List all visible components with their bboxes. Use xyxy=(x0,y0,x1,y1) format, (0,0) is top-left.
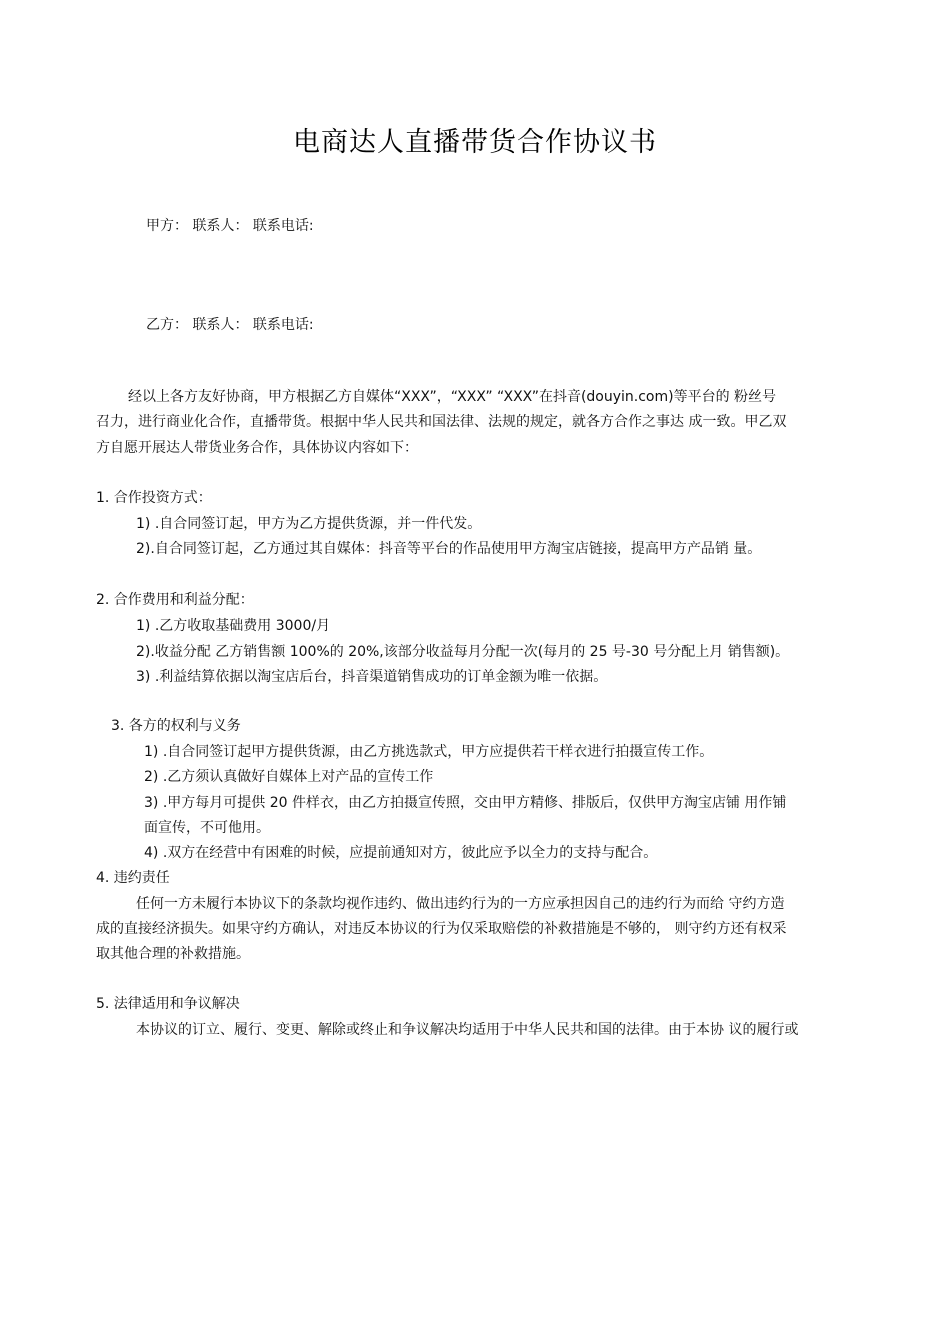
section-item: 1) .乙方收取基础费用 3000/月 xyxy=(136,617,330,635)
section-heading: 2. 合作费用和利益分配： xyxy=(96,591,254,609)
document-page: 电商达人直播带货合作协议书 甲方： 联系人： 联系电话: 乙方： 联系人： 联系… xyxy=(0,0,950,1344)
section-heading: 5. 法律适用和争议解决 xyxy=(96,995,240,1013)
intro-line-1: 经以上各方友好协商，甲方根据乙方自媒体“XXX”，“XXX” “XXX”在抖音(… xyxy=(128,388,776,406)
intro-line-2: 召力，进行商业化合作，直播带货。根据中华人民共和国法律、法规的规定，就各方合作之… xyxy=(96,413,786,431)
section-item: 2) .乙方须认真做好自媒体上对产品的宣传工作 xyxy=(144,768,433,786)
section-paragraph-line: 取其他合理的补救措施。 xyxy=(96,945,250,963)
section-item: 2).自合同签订起，乙方通过其自媒体：抖音等平台的作品使用甲方淘宝店链接，提高甲… xyxy=(136,540,761,558)
section-heading: 3. 各方的权利与义务 xyxy=(111,717,241,735)
intro-line-3: 方自愿开展达人带货业务合作，具体协议内容如下： xyxy=(96,439,418,457)
section-item: 2).收益分配 乙方销售额 100%的 20%,该部分收益每月分配一次(每月的 … xyxy=(136,643,789,661)
document-title: 电商达人直播带货合作协议书 xyxy=(0,120,950,159)
section-item: 面宣传，不可他用。 xyxy=(144,819,270,837)
party-a-line: 甲方： 联系人： 联系电话: xyxy=(146,217,314,235)
section-heading: 1. 合作投资方式： xyxy=(96,489,212,507)
section-item: 3) .利益结算依据以淘宝店后台，抖音渠道销售成功的订单金额为唯一依据。 xyxy=(136,668,607,686)
section-item: 1) .自合同签订起，甲方为乙方提供货源，并一件代发。 xyxy=(136,515,481,533)
section-item: 3) .甲方每月可提供 20 件样衣，由乙方拍摄宣传照，交由甲方精修、排版后，仅… xyxy=(144,794,786,812)
section-paragraph-line: 本协议的订立、履行、变更、解除或终止和争议解决均适用于中华人民共和国的法律。由于… xyxy=(136,1021,798,1039)
section-item: 4) .双方在经营中有困难的时候，应提前通知对方，彼此应予以全力的支持与配合。 xyxy=(144,844,657,862)
party-b-line: 乙方： 联系人： 联系电话: xyxy=(146,316,314,334)
section-paragraph-line: 任何一方未履行本协议下的条款均视作违约、做出违约行为的一方应承担因自己的违约行为… xyxy=(136,895,784,913)
section-paragraph-line: 成的直接经济损失。如果守约方确认，对违反本协议的行为仅采取赔偿的补救措施是不够的… xyxy=(96,920,786,938)
section-heading: 4. 违约责任 xyxy=(96,869,170,887)
section-item: 1) .自合同签订起甲方提供货源，由乙方挑选款式，甲方应提供若干样衣进行拍摄宣传… xyxy=(144,743,713,761)
